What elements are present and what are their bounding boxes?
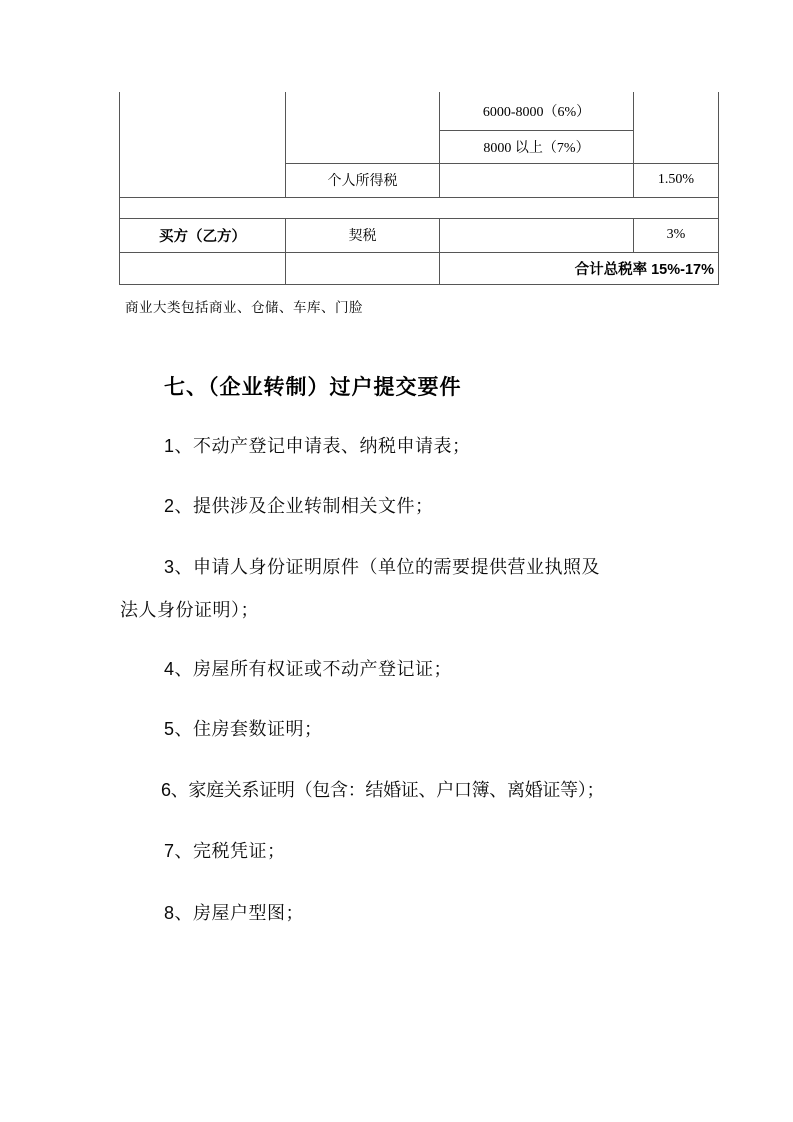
- cell-bracket-8000: 8000 以上（7%）: [440, 130, 634, 163]
- cell-rate-empty: [634, 92, 719, 163]
- cell-total-left-empty: [120, 252, 286, 284]
- list-item-5: 5、住房套数证明；: [164, 716, 323, 742]
- table-footnote: 商业大类包括商业、仓储、车库、门脸: [125, 296, 363, 316]
- cell-party-empty: [120, 92, 286, 197]
- cell-deed-tax-rate: 3%: [634, 218, 719, 252]
- cell-taxname-empty: [286, 92, 440, 163]
- cell-buyer: 买方（乙方）: [120, 218, 286, 252]
- cell-deed-tax: 契税: [286, 218, 440, 252]
- list-item-7: 7、完税凭证；: [164, 838, 286, 864]
- list-item-6: 6、家庭关系证明（包含：结婚证、户口簿、离婚证等）；: [161, 777, 604, 803]
- cell-separator-row: [120, 197, 719, 218]
- cell-total-rate: 合计总税率 15%-17%: [440, 252, 719, 284]
- list-item-8: 8、房屋户型图；: [164, 900, 304, 926]
- list-item-3-line-2: 法人身份证明）；: [120, 597, 259, 623]
- cell-personal-income-tax-rate: 1.50%: [634, 163, 719, 197]
- tax-rate-table: 6000-8000（6%） 8000 以上（7%） 个人所得税 1.50% 买方…: [119, 92, 719, 285]
- list-item-3-line-1: 3、申请人身份证明原件（单位的需要提供营业执照及: [164, 554, 600, 580]
- cell-personal-income-tax-detail-empty: [440, 163, 634, 197]
- list-item-4: 4、房屋所有权证或不动产登记证；: [164, 656, 452, 682]
- cell-deed-tax-detail-empty: [440, 218, 634, 252]
- cell-total-mid-empty: [286, 252, 440, 284]
- cell-personal-income-tax: 个人所得税: [286, 163, 440, 197]
- section-heading: 七、（企业转制）过户提交要件: [164, 371, 462, 401]
- list-item-1: 1、不动产登记申请表、纳税申请表；: [164, 433, 471, 459]
- cell-bracket-6000: 6000-8000（6%）: [440, 92, 634, 130]
- list-item-2: 2、提供涉及企业转制相关文件；: [164, 493, 434, 519]
- document-page: 6000-8000（6%） 8000 以上（7%） 个人所得税 1.50% 买方…: [0, 0, 793, 1122]
